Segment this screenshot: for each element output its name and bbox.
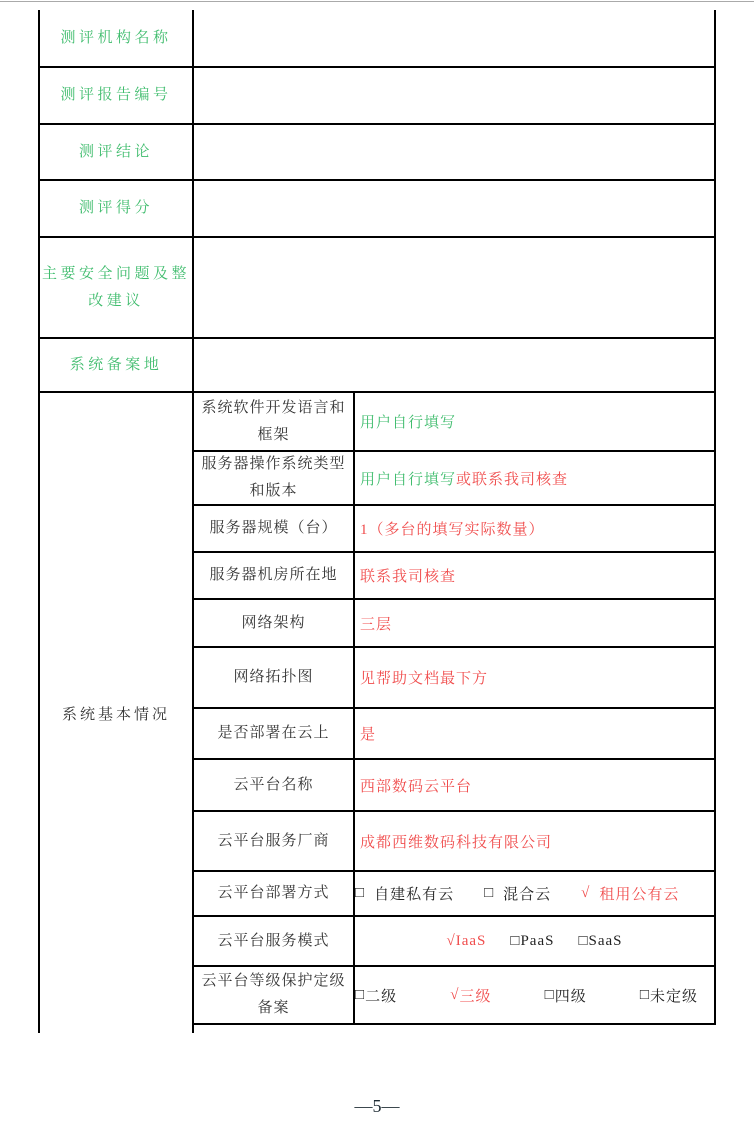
checkbox-option: √租用公有云 — [581, 883, 679, 904]
table-row: 云平台部署方式□自建私有云□混合云√租用公有云 — [194, 872, 714, 917]
checkbox-option: □自建私有云 — [355, 883, 454, 904]
field-value: 联系我司核查 — [355, 553, 714, 598]
system-basic-info-section: 系统基本情况 系统软件开发语言和框架用户自行填写服务器操作系统类型和版本用户自行… — [40, 393, 714, 1033]
option-label: SaaS — [589, 933, 623, 950]
checkbox-icon: □ — [578, 934, 588, 949]
table-row: 云平台服务模式√IaaS□PaaS□SaaS — [194, 917, 714, 967]
checkbox-option: □SaaS — [578, 933, 622, 950]
table-row: 系统软件开发语言和框架用户自行填写 — [194, 393, 714, 452]
field-value: □自建私有云□混合云√租用公有云 — [355, 872, 714, 915]
value-text: 见帮助文档最下方 — [360, 667, 488, 688]
checkbox-option: √三级 — [450, 985, 491, 1006]
option-label: 三级 — [459, 985, 491, 1006]
row-value-cell — [194, 181, 714, 236]
field-label: 云平台部署方式 — [194, 872, 355, 915]
row-value-cell — [194, 339, 714, 391]
table-row: 系统备案地 — [40, 339, 714, 393]
checkbox-option: □PaaS — [510, 933, 554, 950]
field-label: 网络拓扑图 — [194, 648, 355, 707]
field-label: 服务器操作系统类型和版本 — [194, 452, 355, 504]
checkbox-option: □未定级 — [640, 985, 698, 1006]
checkbox-icon: □ — [355, 886, 365, 901]
check-icon: √ — [446, 934, 455, 949]
option-label: PaaS — [520, 933, 554, 950]
field-label: 服务器机房所在地 — [194, 553, 355, 598]
form-table: 测评机构名称测评报告编号测评结论测评得分主要安全问题及整改建议系统备案地 系统基… — [40, 10, 714, 1033]
row-label: 测评得分 — [40, 181, 194, 236]
table-row: 服务器机房所在地联系我司核查 — [194, 553, 714, 600]
value-text: 或联系我司核查 — [456, 468, 568, 489]
field-label: 网络架构 — [194, 600, 355, 646]
option-label: 自建私有云 — [374, 883, 454, 904]
field-label: 云平台服务厂商 — [194, 812, 355, 870]
checkbox-option: √IaaS — [446, 933, 486, 950]
table-row: 云平台服务厂商成都西维数码科技有限公司 — [194, 812, 714, 872]
table-row: 服务器操作系统类型和版本用户自行填写或联系我司核查 — [194, 452, 714, 506]
row-label: 主要安全问题及整改建议 — [40, 238, 194, 337]
option-label: 四级 — [555, 985, 587, 1006]
option-label: IaaS — [456, 933, 487, 950]
option-label: 混合云 — [503, 883, 551, 904]
row-label: 系统备案地 — [40, 339, 194, 391]
page-top-edge — [0, 1, 754, 2]
field-label: 服务器规模（台） — [194, 506, 355, 551]
section-label: 系统基本情况 — [40, 393, 194, 1033]
field-value: 成都西维数码科技有限公司 — [355, 812, 714, 870]
checkbox-option: □混合云 — [484, 883, 551, 904]
field-label: 云平台名称 — [194, 760, 355, 810]
row-value-cell — [194, 125, 714, 179]
table-row: 测评报告编号 — [40, 68, 714, 125]
option-label: 未定级 — [650, 985, 698, 1006]
table-row: 测评结论 — [40, 125, 714, 181]
field-value: 西部数码云平台 — [355, 760, 714, 810]
table-row: 网络架构三层 — [194, 600, 714, 648]
sub-rows-group: 系统软件开发语言和框架用户自行填写服务器操作系统类型和版本用户自行填写或联系我司… — [194, 393, 714, 1033]
value-text: 1（多台的填写实际数量） — [360, 518, 545, 539]
table-row: 测评机构名称 — [40, 10, 714, 68]
field-value: 三层 — [355, 600, 714, 646]
field-value: 用户自行填写或联系我司核查 — [355, 452, 714, 504]
value-text: 三层 — [360, 613, 392, 634]
row-value-cell — [194, 68, 714, 123]
value-text: 是 — [360, 723, 376, 744]
field-label: 系统软件开发语言和框架 — [194, 393, 355, 450]
table-row: 云平台等级保护定级备案□二级√三级□四级□未定级 — [194, 967, 714, 1025]
top-rows-group: 测评机构名称测评报告编号测评结论测评得分主要安全问题及整改建议系统备案地 — [40, 10, 714, 393]
check-icon: √ — [581, 886, 590, 901]
value-text: 用户自行填写 — [360, 411, 456, 432]
table-row: 云平台名称西部数码云平台 — [194, 760, 714, 812]
value-text: 联系我司核查 — [360, 565, 456, 586]
field-label: 云平台等级保护定级备案 — [194, 967, 355, 1023]
field-value: □二级√三级□四级□未定级 — [355, 967, 714, 1023]
table-row: 测评得分 — [40, 181, 714, 238]
checkbox-icon: □ — [484, 886, 494, 901]
field-label: 云平台服务模式 — [194, 917, 355, 965]
field-value: √IaaS□PaaS□SaaS — [355, 917, 714, 965]
row-label: 测评机构名称 — [40, 10, 194, 66]
value-text: 用户自行填写 — [360, 468, 456, 489]
value-text: 西部数码云平台 — [360, 775, 472, 796]
checkbox-icon: □ — [545, 988, 555, 1003]
option-label: 二级 — [365, 985, 397, 1006]
field-label: 是否部署在云上 — [194, 709, 355, 758]
option-label: 租用公有云 — [599, 883, 679, 904]
field-value: 1（多台的填写实际数量） — [355, 506, 714, 551]
row-value-cell — [194, 10, 714, 66]
value-text: 成都西维数码科技有限公司 — [360, 831, 552, 852]
table-right-border — [714, 10, 716, 1025]
row-value-cell — [194, 238, 714, 337]
document-page: 测评机构名称测评报告编号测评结论测评得分主要安全问题及整改建议系统备案地 系统基… — [0, 0, 754, 1148]
table-row: 网络拓扑图见帮助文档最下方 — [194, 648, 714, 709]
checkbox-option: □二级 — [355, 985, 397, 1006]
checkbox-option: □四级 — [545, 985, 587, 1006]
checkbox-icon: □ — [640, 988, 650, 1003]
row-label: 测评报告编号 — [40, 68, 194, 123]
checkbox-icon: □ — [510, 934, 520, 949]
table-row: 是否部署在云上是 — [194, 709, 714, 760]
row-label: 测评结论 — [40, 125, 194, 179]
field-value: 用户自行填写 — [355, 393, 714, 450]
page-number: —5— — [0, 1096, 754, 1117]
checkbox-icon: □ — [355, 988, 365, 1003]
table-row: 服务器规模（台）1（多台的填写实际数量） — [194, 506, 714, 553]
field-value: 是 — [355, 709, 714, 758]
table-row: 主要安全问题及整改建议 — [40, 238, 714, 339]
field-value: 见帮助文档最下方 — [355, 648, 714, 707]
check-icon: √ — [450, 988, 459, 1003]
